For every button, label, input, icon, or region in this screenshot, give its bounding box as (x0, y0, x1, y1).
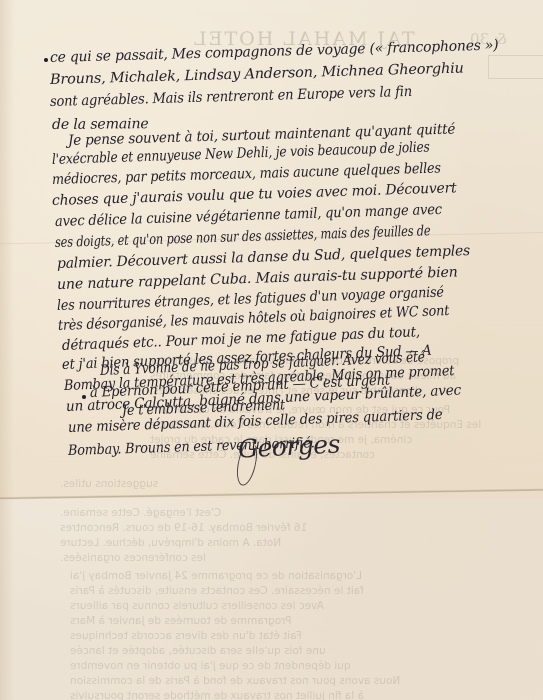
bleed-line: Nous avons pour nos travaux de fond à Pa… (70, 675, 400, 687)
bleed-line: à la fin juillet nos travaux de méthode … (70, 690, 364, 700)
bleed-line: une fois qu'elle sera discutée, adoptée … (70, 645, 326, 657)
bleed-line: Fait état d'un des divers accords techni… (70, 630, 302, 642)
letterhead-stamp-box (488, 55, 543, 79)
bleed-line: qui dépendent de ce que j'ai pu obtenir … (70, 660, 351, 672)
ink-dot (44, 58, 48, 62)
paper-edge-shadow (0, 0, 14, 700)
letter-page: TAJ MAHAL HOTEL & 30 proposé de suivre l… (0, 0, 543, 700)
bleed-line: fait le nécessaire. Ces contacts ensuite… (70, 585, 364, 597)
bleed-line: Avec les conseillers culturels connus pa… (70, 600, 324, 612)
bleed-line: les conférences organisées. (60, 552, 206, 564)
bleed-line: L'organisation de ce programme 24 Janvie… (70, 570, 362, 582)
bleed-line: suggestions utiles. (60, 478, 158, 490)
bleed-line: 16 février Bombay. 16-19 de cours. Renco… (60, 522, 307, 534)
bleed-line: Nota. A moins d'imprévu, déchue. Lecture (60, 537, 281, 549)
bleed-line: C'est l'engagé. Cette semaine. (60, 507, 221, 519)
bleed-line: Programme de tournées de Janvier à Mars (70, 615, 291, 627)
